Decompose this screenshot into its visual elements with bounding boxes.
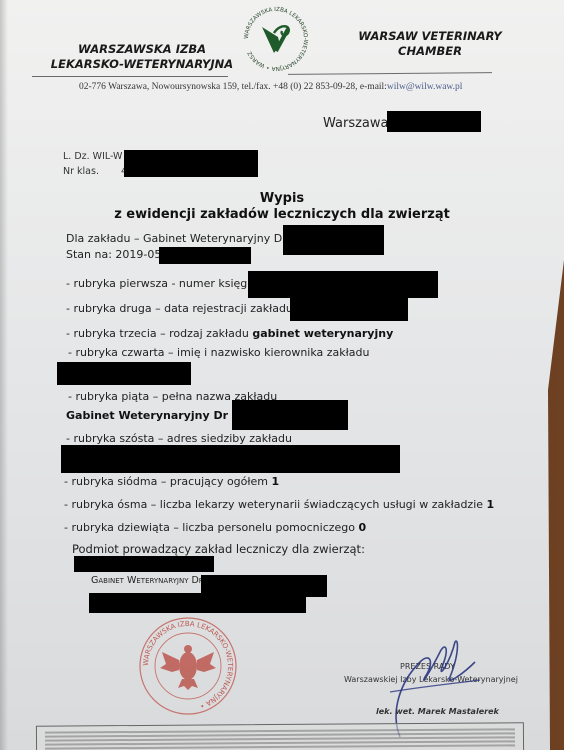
entry-5-value-line: Gabinet Weterynaryjny Dr [66,409,228,422]
document-subtitle: z ewidencji zakładów leczniczych dla zwi… [0,207,564,222]
org-name-pl: WARSZAWSKA IZBA LEKARSKO-WETERYNARYJNA [42,42,242,72]
page-shadow [0,0,8,750]
redacted-registration-date [290,298,408,321]
redacted-full-name [232,400,348,430]
entry-8-value: 1 [487,498,495,511]
entry-7: - rubryka siódma – pracujący ogółem 1 [64,475,279,488]
email-link[interactable]: wilw@wilw.waw.pl [387,82,463,92]
footer-legal-note: Wypis z ewidencji zakładów leczniczych d… [36,722,524,750]
entry-7-value: 1 [272,475,280,488]
org-name-pl-line1: WARSZAWSKA IZBA [42,42,242,57]
entry-4-label: - rubryka czwarta – imię i nazwisko kier… [68,346,370,359]
signatory-name: lek. wet. Marek Mastalerek [376,707,499,716]
operator-stamp-line: Gabinet Weterynaryjny Dr [91,575,204,586]
redacted-facility-name [283,225,384,255]
entry-4: - rubryka czwarta – imię i nazwisko kier… [68,346,370,359]
entry-1: - rubryka pierwsza - numer księgi [66,277,250,290]
document-title: Wypis [0,191,564,206]
chamber-logo-icon: WARSZAWSKA IZBA LEKARSKO-WETERYNARYJNA •… [240,3,312,75]
operator-heading: Podmiot prowadzący zakład leczniczy dla … [72,542,365,556]
entry-9-label: - rubryka dziewiąta – liczba personelu p… [64,521,355,534]
entry-1-label: - rubryka pierwsza - numer księgi [66,277,250,290]
entry-5-value: Gabinet Weterynaryjny Dr [66,409,228,422]
redacted-address [61,445,400,473]
address-text: 02-776 Warszawa, Nowoursynowska 159, tel… [79,82,387,92]
entry-8: - rubryka ósma – liczba lekarzy weteryna… [64,498,494,511]
facility-line: Dla zakładu – Gabinet Weterynaryjny Dr [66,232,287,245]
entry-3: - rubryka trzecia – rodzaj zakładu gabin… [66,327,393,340]
letterhead-rule-left [32,76,228,77]
org-name-en-line2: CHAMBER [330,44,530,59]
entry-6-label: - rubryka szósta – adres siedziby zakład… [66,432,292,445]
entry-3-value: gabinet weterynaryjny [252,327,393,340]
status-date-line: Stan na: 2019-05 [66,248,161,261]
org-name-pl-line2: LEKARSKO-WETERYNARYJNA [42,57,242,72]
reference-label: L. Dz. WIL-W [63,151,122,162]
org-name-en: WARSAW VETERINARY CHAMBER [330,29,530,59]
org-name-en-line1: WARSAW VETERINARY [330,29,530,44]
footer-text-lines [45,726,515,750]
redacted-status-date [159,247,251,264]
redacted-manager-name [57,362,191,385]
entry-9: - rubryka dziewiąta – liczba personelu p… [64,521,366,534]
redacted-reference [124,150,258,177]
entry-6: - rubryka szósta – adres siedziby zakład… [66,432,292,445]
entry-8-label: - rubryka ósma – liczba lekarzy weteryna… [64,498,483,511]
entry-7-label: - rubryka siódma – pracujący ogółem [64,475,268,488]
redacted-operator-name [74,556,214,572]
entry-2: - rubryka druga – data rejestracji zakła… [66,302,293,315]
redacted-date [387,111,481,132]
redacted-book-number [248,271,438,298]
official-seal-icon: WARSZAWSKA IZBA LEKARSKO-WETERYNARYJNA • [132,616,244,716]
redacted-operator-address [89,593,306,613]
entry-2-label: - rubryka druga – data rejestracji zakła… [66,302,293,315]
entry-3-label: - rubryka trzecia – rodzaj zakładu [66,327,249,340]
letterhead-address: 02-776 Warszawa, Nowoursynowska 159, tel… [79,82,462,92]
entry-9-value: 0 [359,521,367,534]
class-label: Nr klas. [63,166,99,177]
